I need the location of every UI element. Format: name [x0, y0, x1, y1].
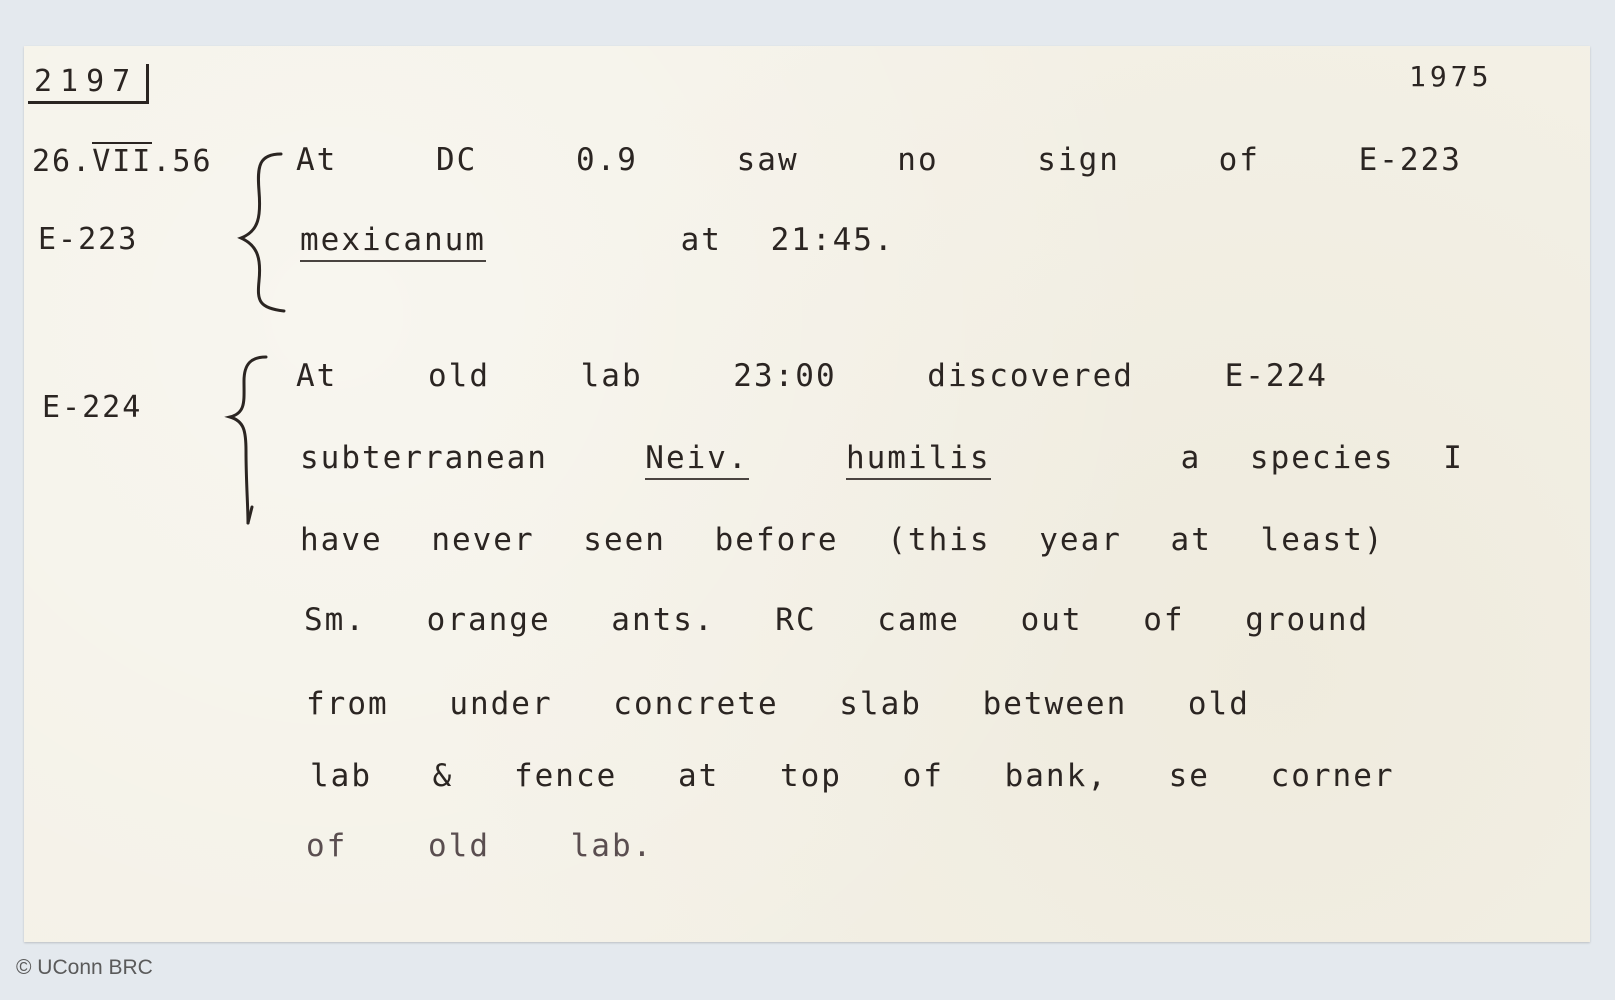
entry-2-line-2: subterranean Neiv. humilisa species I [300, 440, 1464, 476]
index-card: 2197 1975 26.VII.56 E-223 At DC 0.9 saw … [24, 46, 1590, 942]
date-day: 26. [32, 144, 92, 179]
entry-2-line-6: lab & fence at top of bank, se corner [310, 758, 1395, 794]
subterranean-text: subterranean [300, 440, 548, 476]
a-species-text: a species I [1181, 440, 1464, 476]
date-year: .56 [152, 144, 212, 179]
copyright-credit: © UConn BRC [16, 956, 153, 980]
entry-1-line-2: mexicanum at 21:45. [300, 222, 895, 258]
genus-name: Neiv. [645, 440, 748, 480]
brace-arrow-icon [216, 351, 276, 531]
entry-2-line-4: Sm. orange ants. RC came out of ground [304, 602, 1369, 638]
entry-1-date: 26.VII.56 [32, 144, 213, 179]
species-name: mexicanum [300, 222, 486, 262]
entry-1-line-1: At DC 0.9 saw no sign of E-223 [296, 142, 1462, 178]
entry-2-line-7: of old lab. [306, 828, 653, 864]
time-text: at 21:45. [681, 222, 895, 258]
species-name: humilis [846, 440, 991, 480]
entry-2-specimen-label: E-224 [42, 390, 142, 425]
entry-2-line-5: from under concrete slab between old [306, 686, 1250, 722]
entry-1-specimen-label: E-223 [38, 222, 138, 257]
year-label: 1975 [1409, 60, 1492, 93]
entry-2-line-3: have never seen before (this year at lea… [300, 522, 1385, 558]
catalog-number: 2197 [28, 64, 149, 104]
date-month: VII [92, 142, 152, 179]
entry-2-line-1: At old lab 23:00 discovered E-224 [296, 358, 1328, 394]
brace-icon [229, 146, 289, 316]
